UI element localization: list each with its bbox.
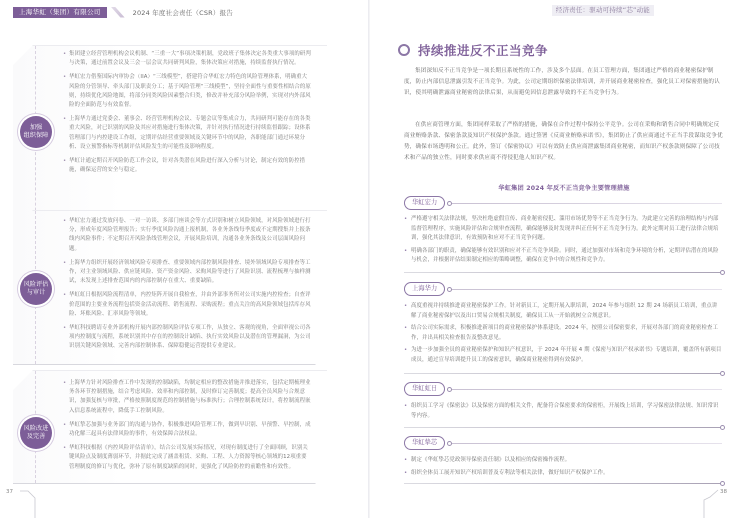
list-item: 集团建立经营管理机构会议机制、“三重一大”事项决策机制，党政班子集体决定各类重大… [63,50,311,68]
list-item: 高度重视并持续推进商业秘密保护工作。针对新员工，定期开展入职培训，2024 年参… [404,302,722,321]
badge-risk-assessment-audit: 风险评估 与审计 [20,273,52,305]
org-label: 上海华力 [404,282,445,296]
list-item: 严格遵守相关法律法规，坚决杜绝虚假宣传、商业秘密侵犯、滥用市场优势等不正当竞争行… [404,215,722,244]
section-separator [404,427,721,428]
section-separator [404,373,721,374]
section-title-text: 持续推进反不正当竞争 [418,41,548,59]
list-item: 上海华力组织开展经济领域风险专项排查、重要领域内部控制风险排查、境外领域风险专项… [63,259,311,287]
badge-line-1: 风险改进 [24,425,49,434]
org-item-list: 高度重视并持续推进商业秘密保护工作。针对新员工，定期开展入职培训，2024 年参… [404,302,722,369]
badge-line-2: 及完善 [27,433,46,442]
badge-line-2: 与审计 [27,289,46,298]
intro-paragraph-1: 集团深知反不正当竞争是一项长期且系统性的工作，涉及多个层面。在员工管理方面，集团… [404,66,724,99]
item-list: 华虹宏力通过发放问卷、一对一访谈、多部门座谈会等方式识别和树立风险领域，对风险领… [63,217,311,357]
page-gutter [368,0,370,518]
ring-icon [398,44,410,56]
report-title: 2024 年度社会责任（CSR）报告 [133,8,233,17]
list-item: 华虹虹日根据风险流程清单，内控矩阵开展自我检查，并由外部事务所对公司实施内控检查… [63,291,311,319]
section-header: 经济责任：驱动可持续“芯”动能 [552,5,654,16]
badge-organizational-guarantee: 加强 组织保障 [20,116,52,148]
list-item: 华虹挚芯加强与业务部门的沟通与协作，积极推进风险管理工作，做到早识别、早预警、早… [63,421,311,439]
connector-line [452,203,722,204]
section-title: 持续推进反不正当竞争 [398,41,548,59]
org-header-huahong-zhixin: 华虹挚芯 [404,436,722,450]
connector-line [452,389,722,390]
list-item: 上海华力通过党委会、董事会、经营管理机构会议、专题会议等集成合力，共同研判可能存… [63,115,311,152]
page-corner-line-left [20,490,36,518]
page-number-right: 38 [720,489,727,495]
badge-line-2: 组织保障 [24,132,49,141]
page-corner-line-right [700,488,720,518]
list-item: 组织全体员工展开知识产权培训普及专利法等相关法律，做好知识产权保护工作。 [404,469,722,479]
page-number-left: 37 [6,489,13,495]
list-item: 结合公司实际需求，积极推进新项目的商业秘密保护体系建设。2024 年，按照公司保… [404,324,722,343]
intro-paragraph-2: 在供应商管理方面，集团同样采取了严格的措施，确保在合作过程中保持公平竞争。公司在… [404,120,724,164]
company-name: 上海华虹（集团）有限公司 [13,7,107,18]
section-separator [404,483,721,484]
report-spread: 上海华虹（集团）有限公司 2024 年度社会责任（CSR）报告 经济责任：驱动可… [0,0,737,518]
connector-line [452,443,722,444]
badge-risk-improvement: 风险改进 及完善 [20,417,52,449]
org-header-huahong-hongri: 华虹虹日 [404,382,722,396]
org-item-list: 制定《华虹挚芯党政领导保密责任制》以及相应的保密操作流程。 组织全体员工展开知识… [404,456,722,481]
list-item: 制定《华虹挚芯党政领导保密责任制》以及相应的保密操作流程。 [404,456,722,466]
block-risk-assessment-audit: 风险评估 与审计 华虹宏力通过发放问卷、一对一访谈、多部门座谈会等方式识别和树立… [13,210,327,365]
item-list: 集团建立经营管理机构会议机制、“三重一大”事项决策机制，党政班子集体决定各类重大… [63,50,311,180]
list-item: 上海华力针对风险排查工作中发现的控制缺陷，均制定相应的整改措施并推进落实，包括定… [63,379,311,416]
org-label: 华虹宏力 [404,196,445,210]
badge-line-1: 加强 [30,124,42,133]
list-item: 华虹计通定期召开风险防范工作会议，针对各类潜在风险进行深入分析与讨论，制定有效的… [63,157,311,175]
list-item: 组织员工学习《保密法》以及保密方面的相关文件，配备符合保密要求的保密柜，开展线上… [404,402,722,421]
org-item-list: 组织员工学习《保密法》以及保密方面的相关文件，配备符合保密要求的保密柜，开展线上… [404,402,722,424]
list-item: 华虹科技聘请专业外部机构开展内部控制风险评估专项工作，从独立、客观的视角，全面审… [63,324,311,352]
list-item: 明确各部门的职责，确保能够有效识别和应对不正当竞争风险。同时，通过加强对市场和竞… [404,247,722,266]
org-label: 华虹虹日 [404,382,445,396]
list-item: 为进一步加强全员的商业秘密保护和知识产权意识，于 2024 年开展 4 期《保密… [404,346,722,365]
item-list: 上海华力针对风险排查工作中发现的控制缺陷，均制定相应的整改措施并推进落实，包括定… [63,379,311,477]
measures-table-title: 华虹集团 2024 年反不正当竞争主要管理措施 [404,183,724,192]
list-item: 华虹宏力借鉴国际内审协会（IIA）“三线模型”，搭建符合华虹宏力特色的风险管理体… [63,73,311,110]
badge-line-1: 风险评估 [24,281,49,290]
org-header-huahong-grace: 华虹宏力 [404,196,722,210]
block-risk-improvement: 风险改进 及完善 上海华力针对风险排查工作中发现的控制缺陷，均制定相应的整改措施… [13,370,327,484]
org-header-shanghai-huali: 上海华力 [404,282,722,296]
header-slash-decoration [107,7,127,18]
list-item: 华虹宏力通过发放问卷、一对一访谈、多部门座谈会等方式识别和树立风险领域，对风险领… [63,217,311,254]
connector-line [452,289,722,290]
list-item: 华虹科技根据《内控风险评估清单》，结合公司发展实际情况，对现有制度进行了全面回顾… [63,444,311,472]
org-item-list: 严格遵守相关法律法规，坚决杜绝虚假宣传、商业秘密侵犯、滥用市场优势等不正当竞争行… [404,215,722,269]
section-separator [404,272,721,273]
org-label: 华虹挚芯 [404,436,445,450]
header-left: 上海华虹（集团）有限公司 2024 年度社会责任（CSR）报告 [13,6,233,18]
